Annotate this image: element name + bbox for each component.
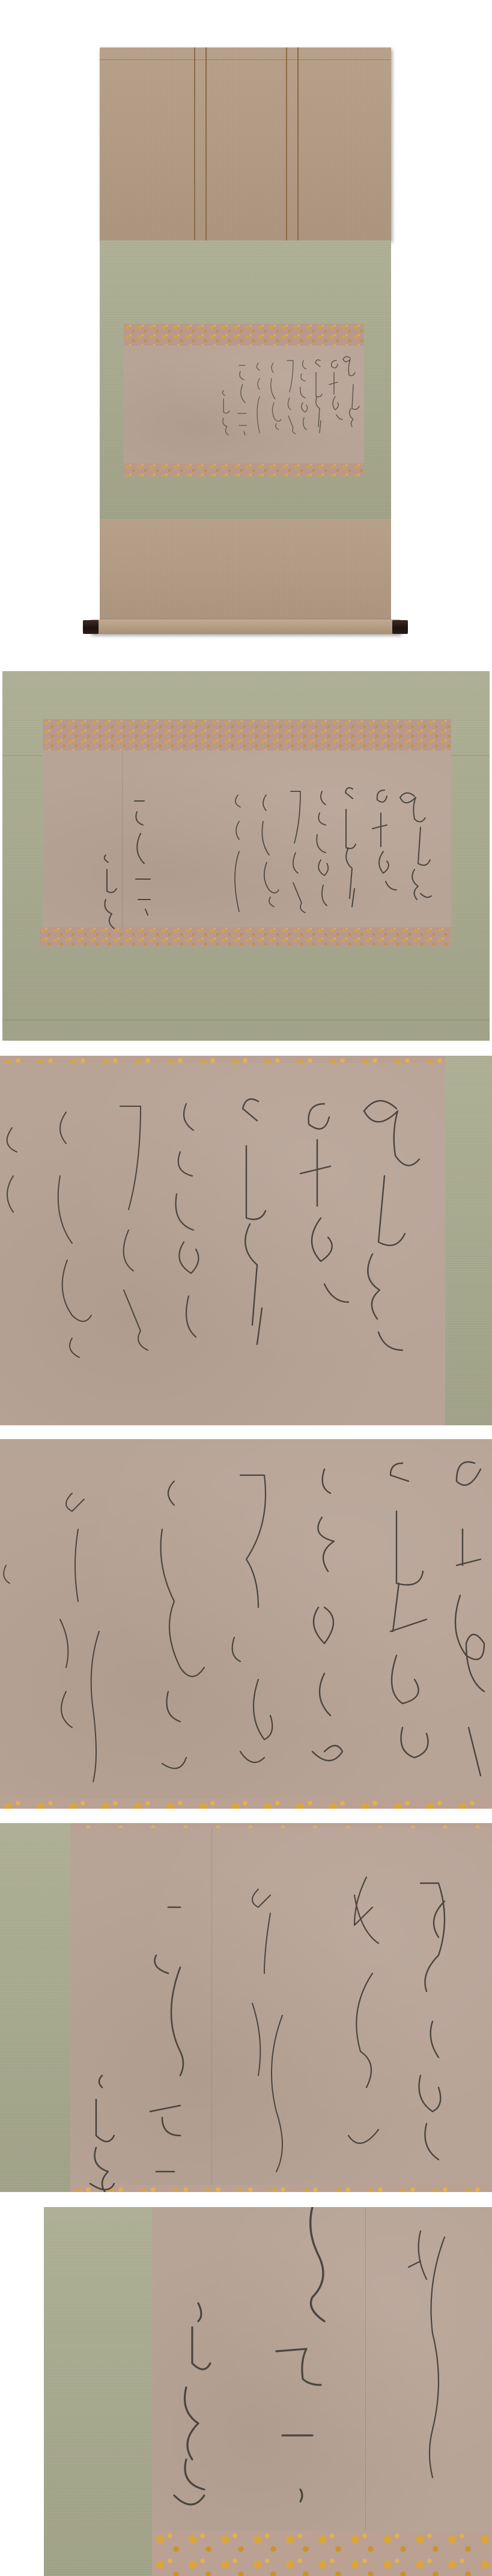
- panel-detail-center: [0, 1439, 492, 1809]
- calligraphy-ink: [0, 671, 492, 1041]
- calligraphy-ink-detail-center: [0, 1439, 492, 1809]
- roller-end-right: [392, 620, 408, 634]
- calligraphy-ink-detail-left: [0, 1823, 492, 2192]
- panel-mounted-work: [0, 671, 492, 1041]
- scroll-bottom-silk: [100, 519, 391, 621]
- panel-detail-signature: [0, 2207, 492, 2576]
- calligraphy-ink-detail-right: [0, 1056, 492, 1425]
- scroll-roller: [90, 620, 401, 634]
- panel-overview: [0, 0, 492, 646]
- panel-detail-left: [0, 1823, 492, 2192]
- panel-detail-right: [0, 1056, 492, 1425]
- calligraphy-ink-signature: [0, 2207, 492, 2576]
- roller-end-left: [83, 620, 99, 634]
